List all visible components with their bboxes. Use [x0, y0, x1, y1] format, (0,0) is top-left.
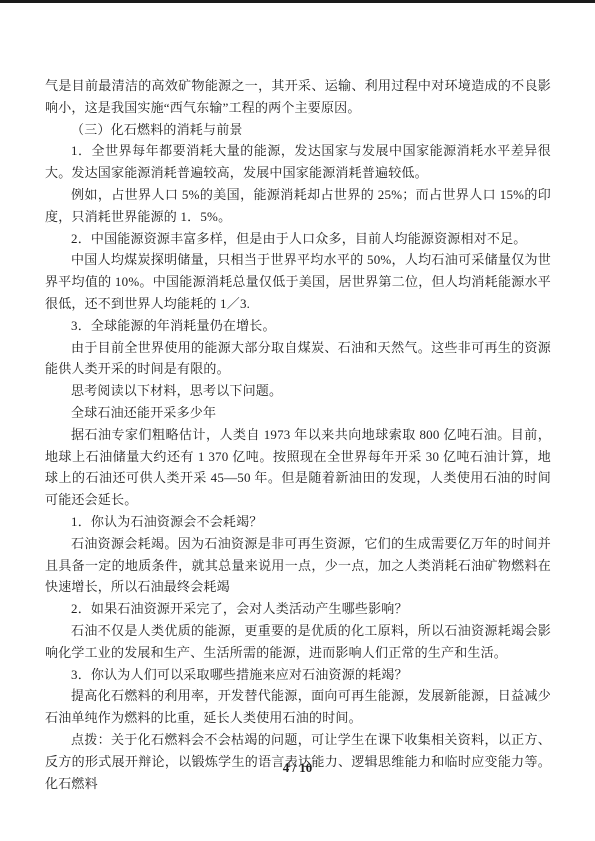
paragraph: 思考阅读以下材料，思考以下问题。: [45, 380, 551, 402]
paragraph: 石油资源会耗竭。因为石油资源是非可再生资源，它们的生成需要亿万年的时间并且具备一…: [45, 533, 551, 598]
paragraph: 全球石油还能开采多少年: [45, 402, 551, 424]
paragraph: （三）化石燃料的消耗与前景: [45, 119, 551, 141]
page-top-edge: [0, 0, 595, 3]
paragraph: 2．如果石油资源开采完了，会对人类活动产生哪些影响？: [45, 598, 551, 620]
paragraph: 1．你认为石油资源会不会耗竭？: [45, 511, 551, 533]
paragraph: 例如，占世界人口 5%的美国，能源消耗却占世界的 25%；而占世界人口 15%的…: [45, 184, 551, 228]
paragraph: 石油不仅是人类优质的能源，更重要的是优质的化工原料，所以石油资源耗竭会影响化学工…: [45, 620, 551, 664]
paragraph: 1．全世界每年都要消耗大量的能源，发达国家与发展中国家能源消耗水平差异很大。发达…: [45, 140, 551, 184]
paragraph: 中国人均煤炭探明储量，只相当于世界平均水平的 50%，人均石油可采储量仅为世界平…: [45, 249, 551, 314]
paragraph: 气是目前最清洁的高效矿物能源之一，其开采、运输、利用过程中对环境造成的不良影响小…: [45, 75, 551, 119]
paragraph: 3．全球能源的年消耗量仍在增长。: [45, 315, 551, 337]
paragraph: 据石油专家们粗略估计，人类自 1973 年以来共向地球索取 800 亿吨石油。目…: [45, 424, 551, 511]
paragraph: 由于目前全世界使用的能源大部分取自煤炭、石油和天然气。这些非可再生的资源能供人类…: [45, 337, 551, 381]
paragraph: 2．中国能源资源丰富多样，但是由于人口众多，目前人均能源资源相对不足。: [45, 228, 551, 250]
document-body: 气是目前最清洁的高效矿物能源之一，其开采、运输、利用过程中对环境造成的不良影响小…: [45, 75, 551, 794]
paragraph: 提高化石燃料的利用率，开发替代能源，面向可再生能源，发展新能源，日益减少石油单纯…: [45, 685, 551, 729]
paragraph: 3．你认为人们可以采取哪些措施来应对石油资源的耗竭？: [45, 664, 551, 686]
page-number: 4 / 10: [0, 759, 595, 777]
